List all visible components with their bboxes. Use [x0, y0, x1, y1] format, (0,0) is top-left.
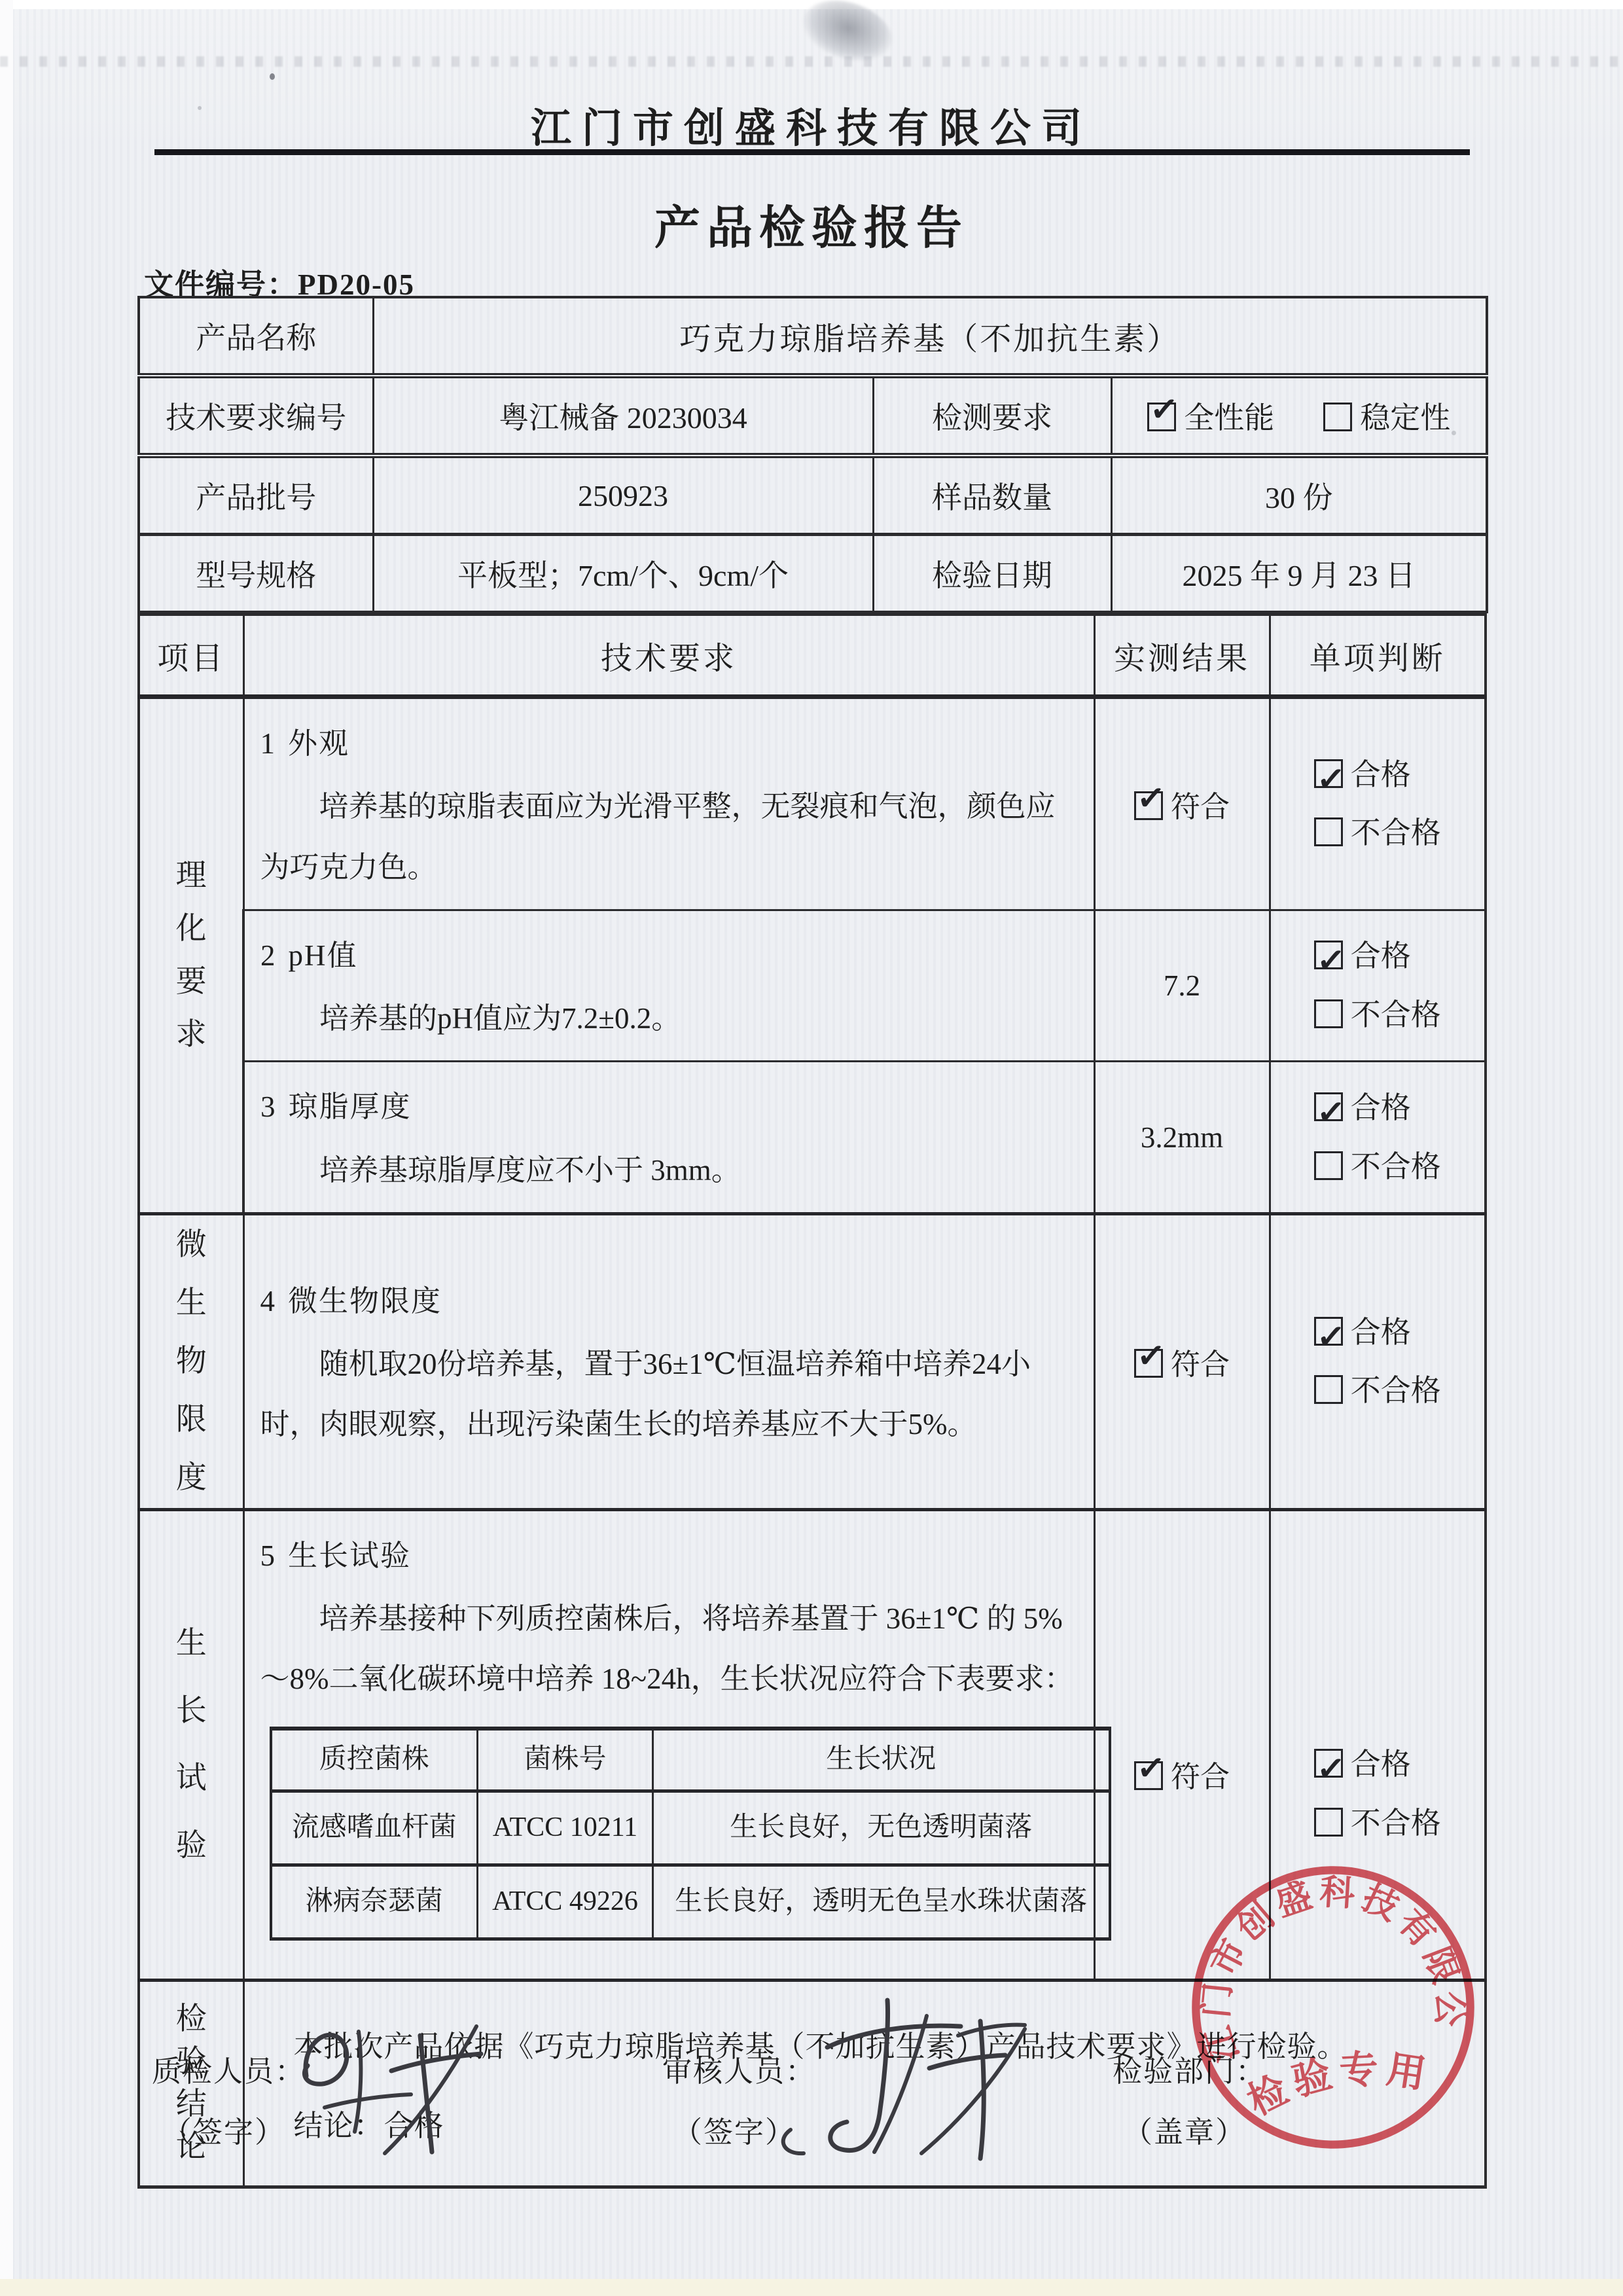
fail-label: 不合格 — [1351, 1374, 1441, 1407]
requirement-title: 1外观 — [260, 713, 1077, 774]
subtable-header-row: 质控菌株 菌株号 生长状况 — [271, 1729, 1110, 1791]
checkbox-unchecked — [1314, 1808, 1343, 1837]
result-text: 符合 — [1171, 1348, 1230, 1381]
column-header: 单项判断 — [1270, 615, 1486, 697]
requirement-body: 培养基的pH值应为7.2±0.2。 — [260, 988, 1077, 1049]
qc-label: 质检人员： — [152, 2047, 306, 2090]
sample-qty-value: 30 份 — [1111, 456, 1487, 535]
row-microbial-limit: 微生物限度 4微生物限度 随机取20份培养基，置于36±1℃恒温培养箱中培养24… — [139, 1213, 1486, 1509]
column-header: 项目 — [139, 615, 243, 697]
section-label-text: 理化要求 — [141, 850, 241, 1062]
column-header: 生长状况 — [653, 1729, 1110, 1791]
checkbox-unchecked — [1323, 403, 1352, 431]
field-label: 检测要求 — [873, 376, 1111, 456]
checkbox-unchecked — [1314, 1375, 1343, 1404]
qc-signature-block: 质检人员： （签字） — [152, 2047, 306, 2151]
fail-label: 不合格 — [1351, 816, 1441, 850]
requirement-title: 2pH值 — [260, 925, 1077, 986]
result-text: 符合 — [1171, 1761, 1230, 1793]
checkbox-unchecked — [1314, 1151, 1343, 1180]
checkbox-checked — [1134, 1349, 1163, 1378]
row-appearance: 理化要求 1外观 培养基的琼脂表面应为光滑平整，无裂痕和气泡，颜色应为巧克力色。… — [139, 697, 1486, 910]
qc-sub-label: （签字） — [162, 2108, 306, 2151]
pass-label: 合格 — [1351, 939, 1411, 973]
column-header: 实测结果 — [1094, 615, 1270, 697]
section-label-text: 微生物限度 — [141, 1216, 242, 1507]
table-row: 技术要求编号 粤江械备 20230034 检测要求 全性能 稳定性 — [139, 376, 1487, 456]
judgment-cell: 合格 不合格 — [1270, 910, 1486, 1062]
table-row: 型号规格 平板型；7cm/个、9cm/个 检验日期 2025 年 9 月 23 … — [139, 535, 1487, 613]
inspect-date-value: 2025 年 9 月 23 日 — [1111, 535, 1487, 613]
requirement-body: 培养基琼脂厚度应不小于 3mm。 — [260, 1140, 1077, 1200]
pass-label: 合格 — [1351, 1316, 1411, 1349]
scan-edge-left — [0, 0, 13, 2296]
strain-name: 淋病奈瑟菌 — [271, 1865, 478, 1939]
row-ph: 2pH值 培养基的pH值应为7.2±0.2。 7.2 合格 不合格 — [139, 910, 1486, 1062]
requirement-cell: 1外观 培养基的琼脂表面应为光滑平整，无裂痕和气泡，颜色应为巧克力色。 — [243, 697, 1094, 910]
section-label-physchem: 理化要求 — [139, 697, 243, 1214]
option-label: 稳定性 — [1360, 401, 1450, 435]
requirement-cell: 2pH值 培养基的pH值应为7.2±0.2。 — [243, 910, 1094, 1062]
section-label-microbial: 微生物限度 — [139, 1213, 243, 1509]
requirement-title: 5生长试验 — [260, 1526, 1077, 1586]
field-label: 产品批号 — [139, 456, 373, 535]
field-label: 型号规格 — [139, 535, 373, 613]
field-label: 检验日期 — [873, 535, 1111, 613]
batch-no-value: 250923 — [373, 456, 873, 535]
result-cell: 符合 — [1094, 697, 1270, 910]
page-title: 产品检验报告 — [0, 191, 1623, 257]
product-info-table: 产品名称 巧克力琼脂培养基（不加抗生素） 技术要求编号 粤江械备 2023003… — [137, 296, 1488, 613]
result-text: 符合 — [1171, 791, 1230, 823]
scan-speck — [270, 73, 275, 80]
fail-label: 不合格 — [1351, 998, 1441, 1031]
scan-edge-bottom — [0, 2279, 1623, 2296]
table-row: 产品名称 巧克力琼脂培养基（不加抗生素） — [139, 297, 1487, 376]
subtable-row: 流感嗜血杆菌 ATCC 10211 生长良好，无色透明菌落 — [271, 1791, 1110, 1865]
checkbox-checked — [1314, 941, 1343, 969]
result-cell: 3.2mm — [1094, 1062, 1270, 1214]
review-sub-label: （签字） — [673, 2108, 816, 2151]
pass-label: 合格 — [1351, 1091, 1411, 1124]
checkbox-checked — [1147, 403, 1176, 431]
requirement-body: 培养基的琼脂表面应为光滑平整，无裂痕和气泡，颜色应为巧克力色。 — [260, 776, 1077, 897]
column-header: 质控菌株 — [271, 1729, 478, 1791]
review-label: 审核人员： — [662, 2047, 816, 2090]
test-requirement-value: 全性能 稳定性 — [1111, 376, 1487, 456]
requirement-cell: 3琼脂厚度 培养基琼脂厚度应不小于 3mm。 — [243, 1062, 1094, 1214]
checkbox-unchecked — [1314, 999, 1343, 1028]
strain-code: ATCC 49226 — [478, 1865, 653, 1939]
checkbox-unchecked — [1314, 817, 1343, 846]
review-signature-block: 审核人员： （签字） — [662, 2047, 816, 2151]
judgment-cell: 合格 不合格 — [1270, 1062, 1486, 1214]
tech-req-no-value: 粤江械备 20230034 — [373, 376, 873, 456]
company-name: 江门市创盛科技有限公司 — [0, 96, 1623, 154]
inspection-stamp: 江门市创盛科技有限公司 检验专用章 — [1160, 1834, 1507, 2181]
option-label: 全性能 — [1184, 401, 1274, 435]
growth-status: 生长良好，透明无色呈水珠状菌落 — [653, 1865, 1110, 1939]
requirement-cell: 5生长试验 培养基接种下列质控菌株后，将培养基置于 36±1℃ 的 5%～8%二… — [243, 1509, 1094, 1980]
scan-noise-line — [0, 56, 1623, 67]
table-header-row: 项目 技术要求 实测结果 单项判断 — [139, 615, 1486, 697]
field-label: 技术要求编号 — [139, 376, 373, 456]
table-row: 产品批号 250923 样品数量 30 份 — [139, 456, 1487, 535]
subtable-row: 淋病奈瑟菌 ATCC 49226 生长良好，透明无色呈水珠状菌落 — [271, 1865, 1110, 1939]
header-rule — [154, 149, 1470, 155]
judgment-cell: 合格 不合格 — [1270, 1213, 1486, 1509]
strain-code: ATCC 10211 — [478, 1791, 653, 1865]
requirement-title: 3琼脂厚度 — [260, 1077, 1077, 1137]
section-label-text: 生长试验 — [141, 1610, 242, 1880]
row-agar-thickness: 3琼脂厚度 培养基琼脂厚度应不小于 3mm。 3.2mm 合格 不合格 — [139, 1062, 1486, 1214]
checkbox-checked — [1314, 1317, 1343, 1346]
requirement-title: 4微生物限度 — [260, 1271, 1077, 1331]
checkbox-checked — [1314, 759, 1343, 788]
column-header: 技术要求 — [243, 615, 1094, 697]
product-name-value: 巧克力琼脂培养基（不加抗生素） — [373, 297, 1487, 376]
requirement-cell: 4微生物限度 随机取20份培养基，置于36±1℃恒温培养箱中培养24小时，肉眼观… — [243, 1213, 1094, 1509]
model-spec-value: 平板型；7cm/个、9cm/个 — [373, 535, 873, 613]
checkbox-checked — [1134, 791, 1163, 820]
fail-label: 不合格 — [1351, 1150, 1441, 1183]
strain-name: 流感嗜血杆菌 — [271, 1791, 478, 1865]
field-label: 样品数量 — [873, 456, 1111, 535]
result-cell: 符合 — [1094, 1213, 1270, 1509]
requirement-body: 培养基接种下列质控菌株后，将培养基置于 36±1℃ 的 5%～8%二氧化碳环境中… — [260, 1588, 1077, 1710]
result-cell: 7.2 — [1094, 910, 1270, 1062]
section-label-growth: 生长试验 — [139, 1509, 243, 1980]
pass-label: 合格 — [1351, 758, 1411, 791]
pass-label: 合格 — [1351, 1748, 1411, 1781]
judgment-cell: 合格 不合格 — [1270, 697, 1486, 910]
checkbox-checked — [1314, 1092, 1343, 1121]
checkbox-checked — [1314, 1749, 1343, 1778]
checkbox-checked — [1134, 1761, 1163, 1790]
column-header: 菌株号 — [478, 1729, 653, 1791]
growth-test-table: 质控菌株 菌株号 生长状况 流感嗜血杆菌 ATCC 10211 生长良好，无色透… — [270, 1727, 1111, 1941]
field-label: 产品名称 — [139, 297, 373, 376]
requirement-body: 随机取20份培养基，置于36±1℃恒温培养箱中培养24小时，肉眼观察，出现污染菌… — [260, 1334, 1077, 1455]
fail-label: 不合格 — [1351, 1806, 1441, 1840]
growth-status: 生长良好，无色透明菌落 — [653, 1791, 1110, 1865]
